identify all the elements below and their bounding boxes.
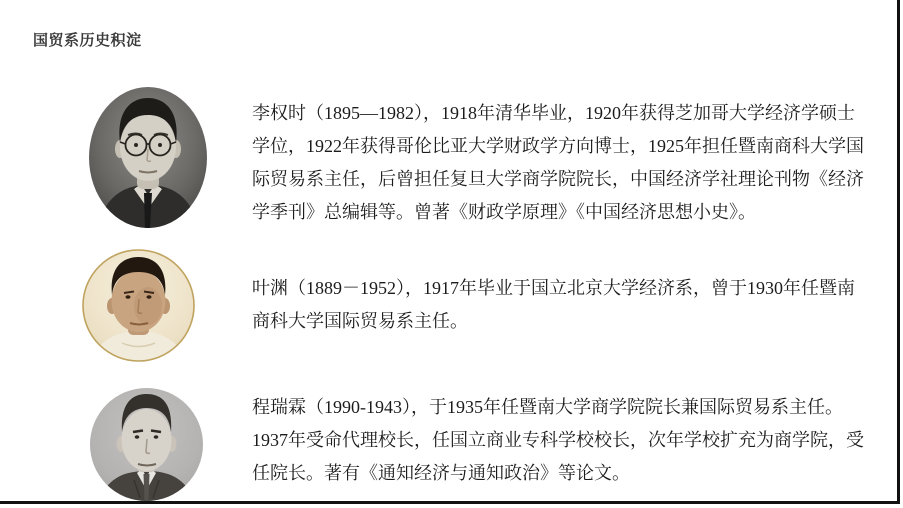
portrait-photo-cheng-ruilin <box>90 388 203 501</box>
slide-bottom-edge-line <box>0 501 900 504</box>
portrait-cheng-ruilin-image <box>90 388 203 501</box>
portrait-photo-li-quanshi <box>89 87 207 228</box>
page-title: 国贸系历史积淀 <box>33 29 142 50</box>
bio-line: 任院长。著有《通知经济与通知政治》等论文。 <box>252 457 864 490</box>
bio-line: 1937年受命代理校长，任国立商业专科学校校长，次年学校扩充为商学院，受 <box>252 424 864 457</box>
bio-text-cheng-ruilin: 程瑞霖（1990-1943），于1935年任暨南大学商学院院长兼国际贸易系主任。… <box>252 391 864 490</box>
bio-line: 李权时（1895—1982），1918年清华毕业，1920年获得芝加哥大学经济学… <box>252 97 864 130</box>
portrait-li-quanshi-image <box>89 87 207 228</box>
bio-line: 学位，1922年获得哥伦比亚大学财政学方向博士，1925年担任暨南商科大学国 <box>252 130 864 163</box>
slide-right-edge-line <box>897 0 900 504</box>
bio-line: 际贸易系主任，后曾担任复旦大学商学院院长，中国经济学社理论刊物《经济 <box>252 163 864 196</box>
slide: 国贸系历史积淀 <box>0 0 903 508</box>
bio-line: 程瑞霖（1990-1943），于1935年任暨南大学商学院院长兼国际贸易系主任。 <box>252 391 864 424</box>
bio-line: 学季刊》总编辑等。曾著《财政学原理》《中国经济思想小史》。 <box>252 196 864 229</box>
bio-text-ye-yuan: 叶渊（1889－1952），1917年毕业于国立北京大学经济系，曾于1930年任… <box>252 272 855 338</box>
bio-line: 商科大学国际贸易系主任。 <box>252 305 855 338</box>
portrait-photo-ye-yuan <box>82 249 195 362</box>
portrait-ye-yuan-image <box>82 249 195 362</box>
bio-line: 叶渊（1889－1952），1917年毕业于国立北京大学经济系，曾于1930年任… <box>252 272 855 305</box>
bio-text-li-quanshi: 李权时（1895—1982），1918年清华毕业，1920年获得芝加哥大学经济学… <box>252 97 864 229</box>
